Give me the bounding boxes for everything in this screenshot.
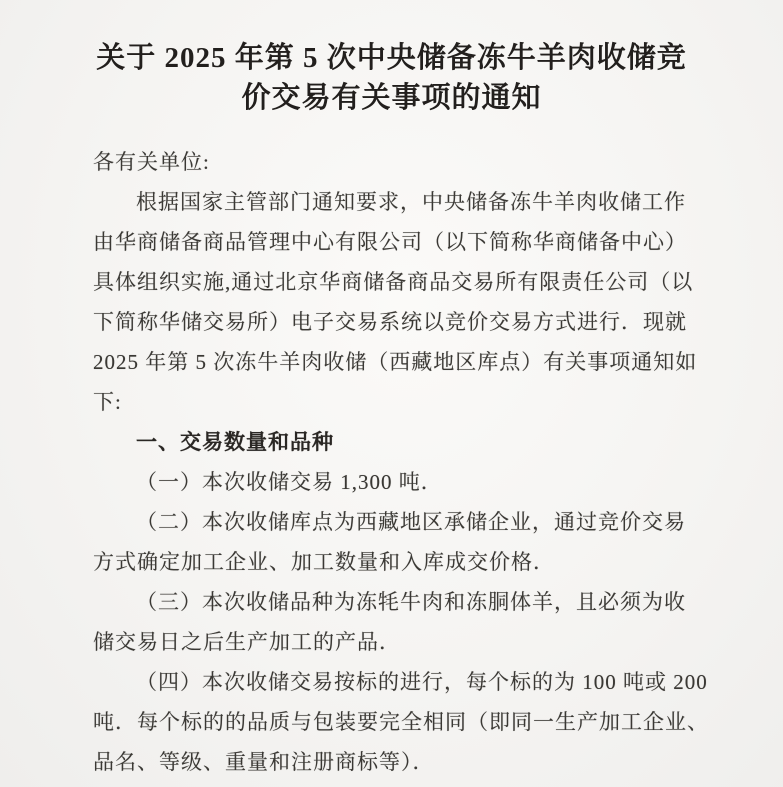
body-line: 品名、等级、重量和注册商标等）． (93, 742, 713, 782)
body-line: （三）本次收储品种为冻牦牛肉和冻胴体羊，且必须为收 (93, 582, 713, 622)
section-heading: 一、交易数量和品种 (93, 422, 713, 462)
body-line: 储交易日之后生产加工的产品． (93, 622, 713, 662)
body-line: 各有关单位: (93, 142, 713, 182)
body-line: （一）本次收储交易 1,300 吨． (93, 462, 713, 502)
notice-document: 关于 2025 年第 5 次中央储备冻牛羊肉收储竞 价交易有关事项的通知 各有关… (0, 0, 783, 787)
document-body: 各有关单位:根据国家主管部门通知要求，中央储备冻牛羊肉收储工作由华商储备商品管理… (93, 142, 713, 782)
body-line: 根据国家主管部门通知要求，中央储备冻牛羊肉收储工作 (93, 182, 713, 222)
body-line: 具体组织实施,通过北京华商储备商品交易所有限责任公司（以 (93, 262, 713, 302)
document-title-line-1: 关于 2025 年第 5 次中央储备冻牛羊肉收储竞 (58, 38, 725, 78)
body-line: （二）本次收储库点为西藏地区承储企业，通过竞价交易 (93, 502, 713, 542)
body-line: 由华商储备商品管理中心有限公司（以下简称华商储备中心） (93, 222, 713, 262)
body-line: （四）本次收储交易按标的进行，每个标的为 100 吨或 200 (93, 662, 713, 702)
document-title-line-2: 价交易有关事项的通知 (58, 78, 725, 118)
body-line: 吨．每个标的的品质与包装要完全相同（即同一生产加工企业、 (93, 702, 713, 742)
body-line: 下: (93, 382, 713, 422)
body-line: 方式确定加工企业、加工数量和入库成交价格． (93, 542, 713, 582)
body-line: 2025 年第 5 次冻牛羊肉收储（西藏地区库点）有关事项通知如 (93, 342, 713, 382)
document-title: 关于 2025 年第 5 次中央储备冻牛羊肉收储竞 价交易有关事项的通知 (0, 0, 783, 118)
body-line: 下简称华储交易所）电子交易系统以竞价交易方式进行．现就 (93, 302, 713, 342)
